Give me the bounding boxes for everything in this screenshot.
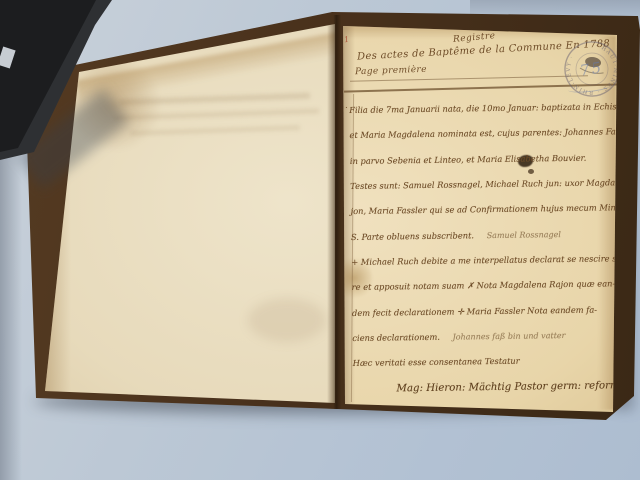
manuscript-line: Testes sunt: Samuel Rossnagel, Michael R… (350, 170, 620, 199)
manuscript-line: jon, Maria Fassler qui se ad Confirmatio… (350, 196, 620, 225)
manuscript-line-text: Filia die 7ma Januarii nata, die 10mo Ja… (349, 101, 629, 115)
manuscript-line: Filia die 7ma Januarii nata, die 10mo Ja… (349, 94, 619, 123)
manuscript-line-text: dem fecit declarationem ✛ Maria Fassler … (352, 304, 597, 317)
manuscript-line-text: Testes sunt: Samuel Rossnagel, Michael R… (350, 177, 640, 191)
manuscript-line-text: S. Parte obluens subscribent. (351, 230, 474, 242)
manuscript-line-text: jon, Maria Fassler qui se ad Confirmatio… (351, 202, 636, 216)
manuscript-line: + Michael Ruch debite a me interpellatus… (351, 246, 621, 275)
manuscript-entry-text: Filia die 7ma Januarii nata, die 10mo Ja… (349, 94, 623, 402)
manuscript-line-text: re et apposuit notam suam ✗ Nota Magdale… (352, 279, 616, 293)
manuscript-line-text: in parvo Sebenia et Linteo, et Maria Eli… (350, 152, 587, 165)
manuscript-line: et Maria Magdalena nominata est, cujus p… (349, 120, 619, 149)
manuscript-line-text: Hæc veritati esse consentanea Testatur (353, 356, 520, 368)
faint-signature: Johannes faß bin und vatter (453, 331, 566, 342)
manuscript-line: S. Parte obluens subscribent. Samuel Ros… (351, 221, 621, 250)
manuscript-line-text: ciens declarationem. (352, 332, 440, 343)
manuscript-line: re et apposuit notam suam ✗ Nota Magdale… (351, 272, 621, 301)
header-subtitle: Page première (355, 65, 427, 78)
manuscript-line: ciens declarationem. Johannes faß bin un… (352, 322, 622, 351)
manuscript-line-text: + Michael Ruch debite a me interpellatus… (351, 253, 640, 267)
manuscript-photo: 1 Registre Des actes de Baptême de la Co… (0, 0, 640, 480)
manuscript-line: in parvo Sebenia et Linteo, et Maria Eli… (350, 145, 620, 174)
manuscript-line-text: Mag: Hieron: Mächtig Pastor germ: reform… (396, 380, 623, 394)
faint-signature: Samuel Rossnagel (487, 230, 561, 240)
manuscript-line: Hæc veritati esse consentanea Testatur (353, 348, 623, 377)
manuscript-line: Mag: Hieron: Mächtig Pastor germ: reform… (353, 373, 623, 402)
manuscript-line-text: et Maria Magdalena nominata est, cujus p… (349, 126, 636, 140)
book-gutter (327, 15, 345, 409)
underline-flourish (350, 75, 588, 81)
foxing-smudge (248, 298, 326, 342)
manuscript-line: dem fecit declarationem ✛ Maria Fassler … (352, 297, 622, 326)
